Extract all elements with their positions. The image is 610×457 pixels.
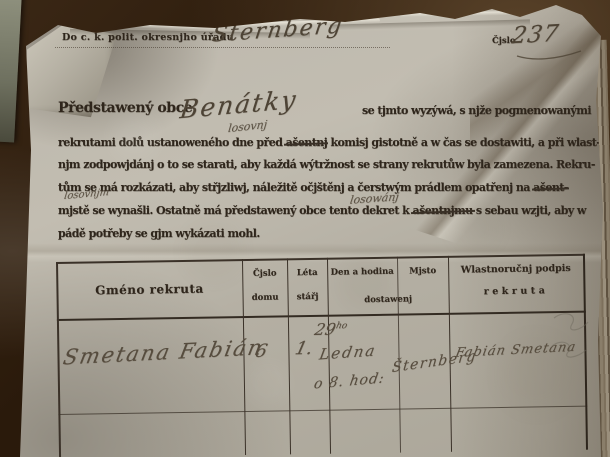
- row-date-month: Ledna: [319, 342, 377, 364]
- background-object: [0, 0, 22, 143]
- pencil-scribble: [548, 300, 598, 370]
- paragraph-line1-start: Předstawený obce: [58, 100, 192, 116]
- office-address-label: Do c. k. polit. okresnjho úřadu: [62, 32, 234, 43]
- column-header-day-hour: Den a hodina: [327, 267, 397, 278]
- paragraph-line6: pádě potřeby se gjm wykázati mohl.: [58, 227, 260, 240]
- paragraph-line4: tům se má rozkázati, aby střjzliwj, nále…: [58, 181, 568, 194]
- column-header-signature-1: Wlastnoručnj podpis: [448, 263, 583, 276]
- line2-start: rekrutami dolů ustanoweného dne před: [58, 136, 282, 149]
- paragraph-line1-end: se tjmto wyzýwá, s njže pogmenowanými: [362, 104, 591, 117]
- paper-sheet: Do c. k. polit. okresnjho úřadu Šternber…: [0, 0, 610, 457]
- column-header-name: Gméno rekruta: [56, 281, 242, 298]
- row-recruit-name: Smetana Fabián: [63, 335, 264, 369]
- correction-handwritten-losovni: losovnj: [227, 118, 267, 135]
- photo-of-document: Do c. k. polit. okresnjho úřadu Šternber…: [0, 0, 610, 457]
- column-header-house-1: Čjslo: [242, 268, 287, 279]
- column-header-age-1: Léta: [287, 268, 327, 279]
- row-age: 1.: [295, 338, 313, 359]
- table-row-separator: [58, 406, 587, 415]
- document-number-handwritten: 237: [511, 21, 559, 49]
- line5-end: s sebau wzjti, aby w: [476, 204, 586, 217]
- office-address-handwritten: Šternberg: [211, 13, 344, 47]
- column-header-arrival: dostawenj: [328, 294, 449, 306]
- paragraph-line2: rekrutami dolů ustanoweného dne před aše…: [58, 136, 600, 149]
- line5-start: mjstě se wynašli. Ostatně má předstawený…: [58, 204, 409, 217]
- table-column-line: [397, 257, 401, 453]
- row-date-day: 29ho: [315, 319, 347, 338]
- recruit-table: Gméno rekruta Čjslo domu Léta stářj Den …: [56, 254, 588, 457]
- torn-edge-highlight: [400, 11, 520, 17]
- day-suffix: ho: [335, 321, 348, 331]
- column-header-signature-2: rekruta: [448, 285, 583, 298]
- column-header-place: Mjsto: [397, 266, 448, 277]
- paragraph-line5: mjstě se wynašli. Ostatně má předstawený…: [58, 204, 586, 217]
- line2-struck-word: ašentnj: [286, 136, 328, 149]
- column-header-age-2: stářj: [288, 292, 328, 303]
- column-header-house-2: domu: [243, 292, 288, 303]
- village-name-handwritten: Benátky: [179, 85, 299, 124]
- address-rule: [55, 47, 390, 48]
- line4-struck-word: ašent-: [533, 181, 568, 194]
- number-underline-flourish: [515, 48, 585, 62]
- line5-struck-word: ašentnjmu: [413, 204, 473, 217]
- table-border-top: [56, 254, 585, 264]
- line2-end: komisj gistotně a w čas se dostawiti, a …: [330, 136, 600, 149]
- table-column-line: [287, 258, 291, 454]
- paragraph-line3: njm zodpowjdánj o to se starati, aby kaž…: [58, 158, 595, 171]
- row-house-number: 6: [255, 341, 267, 362]
- line4-text: tům se má rozkázati, aby střjzliwj, nále…: [58, 181, 530, 194]
- row-date-hour: o 8. hod:: [313, 370, 385, 392]
